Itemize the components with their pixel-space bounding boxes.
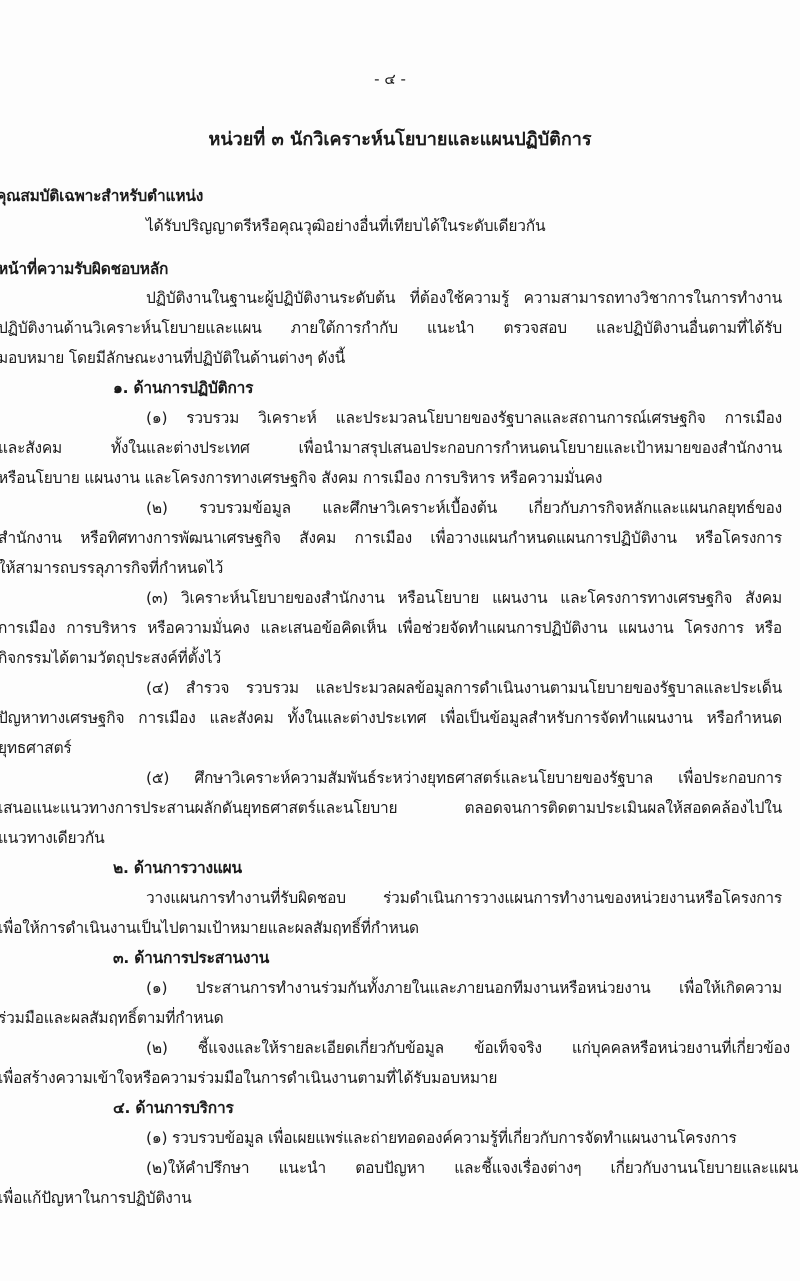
s3-item2-line2: เพื่อสร้างความเข้าใจหรือความร่วมมือในการ… bbox=[0, 1068, 497, 1088]
responsibilities-heading: หน้าที่ความรับผิดชอบหลัก bbox=[0, 259, 168, 279]
qualifications-heading: คุณสมบัติเฉพาะสำหรับตำแหน่ง bbox=[0, 186, 203, 206]
s3-item1-line1: (๑) ประสานการทำงานร่วมกันทั้งภายในและภาย… bbox=[146, 978, 782, 998]
s1-item4-line2: ปัญหาทางเศรษฐกิจ การเมือง และสังคม ทั้งใ… bbox=[0, 708, 782, 728]
document-page: - ๔ - หน่วยที่ ๓ นักวิเคราะห์นโยบายและแผ… bbox=[0, 0, 800, 1281]
s3-item2-line1: (๒) ชี้แจงและให้รายละเอียดเกี่ยวกับข้อมู… bbox=[146, 1038, 790, 1058]
s1-item2-line2: สำนักงาน หรือทิศทางการพัฒนาเศรษฐกิจ สังค… bbox=[0, 528, 782, 548]
s1-item5-line1: (๕) ศึกษาวิเคราะห์ความสัมพันธ์ระหว่างยุท… bbox=[146, 768, 782, 788]
s1-item4-line1: (๔) สำรวจ รวบรวม และประมวลผลข้อมูลการดำเ… bbox=[146, 678, 782, 698]
intro-line-1: ปฏิบัติงานในฐานะผู้ปฏิบัติงานระดับต้น ที… bbox=[146, 288, 782, 308]
page-number: - ๔ - bbox=[0, 67, 780, 91]
s1-item3-line2: การเมือง การบริหาร หรือความมั่นคง และเสน… bbox=[0, 618, 782, 638]
s1-item4-line3: ยุทธศาสตร์ bbox=[0, 738, 72, 758]
s1-item2-line1: (๒) รวบรวมข้อมูล และศึกษาวิเคราะห์เบื้อง… bbox=[146, 498, 782, 518]
section-1-heading: ๑. ด้านการปฏิบัติการ bbox=[113, 378, 253, 398]
s1-item3-line1: (๓) วิเคราะห์นโยบายของสำนักงาน หรือนโยบา… bbox=[146, 588, 782, 608]
section-4-heading: ๔. ด้านการบริการ bbox=[113, 1098, 234, 1118]
s2-item1-line1: วางแผนการทำงานที่รับผิดชอบ ร่วมดำเนินการ… bbox=[146, 888, 782, 908]
s1-item1-line3: หรือนโยบาย แผนงาน และโครงการทางเศรษฐกิจ … bbox=[0, 468, 602, 488]
s1-item5-line2: เสนอแนะแนวทางการประสานผลักดันยุทธศาสตร์แ… bbox=[0, 798, 782, 818]
s1-item3-line3: กิจกรรมได้ตามวัตถุประสงค์ที่ตั้งไว้ bbox=[0, 648, 221, 668]
intro-line-2: ปฏิบัติงานด้านวิเคราะห์นโยบายและแผน ภายใ… bbox=[0, 318, 782, 338]
s4-item1-line1: (๑) รวบรวบข้อมูล เพื่อเผยแพร่และถ่ายทอดอ… bbox=[146, 1128, 737, 1148]
s4-item2-line2: เพื่อแก้ปัญหาในการปฏิบัติงาน bbox=[0, 1188, 192, 1208]
s1-item1-line2: และสังคม ทั้งในและต่างประเทศ เพื่อนำมาสร… bbox=[0, 438, 782, 458]
intro-line-3: มอบหมาย โดยมีลักษณะงานที่ปฏิบัติในด้านต่… bbox=[0, 348, 345, 368]
s2-item1-line2: เพื่อให้การดำเนินงานเป็นไปตามเป้าหมายและ… bbox=[0, 918, 419, 938]
qualifications-text: ได้รับปริญญาตรีหรือคุณวุฒิอย่างอื่นที่เท… bbox=[146, 216, 545, 236]
s1-item1-line1: (๑) รวบรวม วิเคราะห์ และประมวลนโยบายของร… bbox=[146, 408, 782, 428]
section-2-heading: ๒. ด้านการวางแผน bbox=[113, 858, 242, 878]
s1-item5-line3: แนวทางเดียวกัน bbox=[0, 828, 105, 848]
document-title: หน่วยที่ ๓ นักวิเคราะห์นโยบายและแผนปฏิบั… bbox=[0, 128, 800, 152]
section-3-heading: ๓. ด้านการประสานงาน bbox=[113, 948, 269, 968]
s4-item2-line1: (๒)ให้คำปรึกษา แนะนำ ตอบปัญหา และชี้แจงเ… bbox=[146, 1158, 798, 1178]
s3-item1-line2: ร่วมมือและผลสัมฤทธิ์ตามที่กำหนด bbox=[0, 1008, 223, 1028]
s1-item2-line3: ให้สามารถบรรลุภารกิจที่กำหนดไว้ bbox=[0, 558, 223, 578]
